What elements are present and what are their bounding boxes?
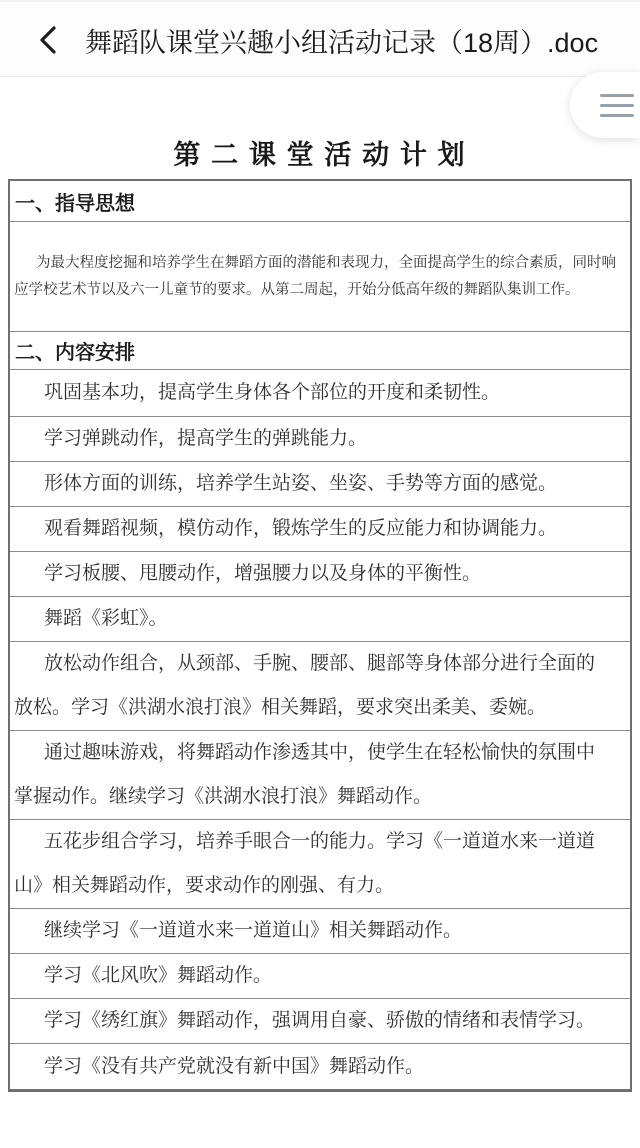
table-row-item: 学习板腰、甩腰动作，增强腰力以及身体的平衡性。 — [10, 551, 630, 596]
table-row-item: 学习《北风吹》舞蹈动作。 — [10, 953, 630, 998]
chevron-left-icon — [37, 25, 61, 55]
table-row-item: 巩固基本功，提高学生身体各个部位的开度和柔韧性。 — [10, 369, 630, 416]
table-row-item: 舞蹈《彩虹》。 — [10, 596, 630, 641]
document-title: 第 二 课 堂 活 动 计 划 — [0, 140, 640, 170]
table-row-paragraph: 为最大程度挖掘和培养学生在舞蹈方面的潜能和表现力，全面提高学生的综合素质，同时响… — [10, 221, 630, 331]
document-filename: 舞蹈队课堂兴趣小组活动记录（18周）.doc — [85, 21, 598, 60]
back-button[interactable] — [36, 24, 62, 56]
table-row-item: 继续学习《一道道水来一道道山》相关舞蹈动作。 — [10, 908, 630, 953]
table-row-heading: 一、指导思想 — [10, 181, 630, 221]
document-viewer-screen: 舞蹈队课堂兴趣小组活动记录（18周）.doc 第 二 课 堂 活 动 计 划 一… — [0, 0, 640, 1148]
table-row-heading: 二、内容安排 — [10, 331, 630, 369]
hamburger-menu-icon — [600, 104, 634, 107]
document-page[interactable]: 第 二 课 堂 活 动 计 划 一、指导思想 为最大程度挖掘和培养学生在舞蹈方面… — [0, 77, 640, 1092]
table-row-item: 学习弹跳动作，提高学生的弹跳能力。 — [10, 416, 630, 461]
table-row-item: 通过趣味游戏，将舞蹈动作渗透其中，使学生在轻松愉快的氛围中掌握动作。继续学习《洪… — [10, 730, 630, 819]
menu-button[interactable] — [570, 72, 640, 138]
table-row-item: 学习《绣红旗》舞蹈动作，强调用自豪、骄傲的情绪和表情学习。 — [10, 998, 630, 1043]
table-row-item: 五花步组合学习，培养手眼合一的能力。学习《一道道水来一道道山》相关舞蹈动作，要求… — [10, 819, 630, 908]
table-row-item: 学习《没有共产党就没有新中国》舞蹈动作。 — [10, 1043, 630, 1089]
table-row-item: 放松动作组合，从颈部、手腕、腰部、腿部等身体部分进行全面的放松。学习《洪湖水浪打… — [10, 641, 630, 730]
table-row-item: 观看舞蹈视频，模仿动作，锻炼学生的反应能力和协调能力。 — [10, 506, 630, 551]
hamburger-menu-icon — [600, 114, 634, 117]
table-row-item: 形体方面的训练，培养学生站姿、坐姿、手势等方面的感觉。 — [10, 461, 630, 506]
hamburger-menu-icon — [600, 94, 634, 97]
app-header: 舞蹈队课堂兴趣小组活动记录（18周）.doc — [0, 0, 640, 77]
activity-plan-table: 一、指导思想 为最大程度挖掘和培养学生在舞蹈方面的潜能和表现力，全面提高学生的综… — [8, 179, 632, 1092]
